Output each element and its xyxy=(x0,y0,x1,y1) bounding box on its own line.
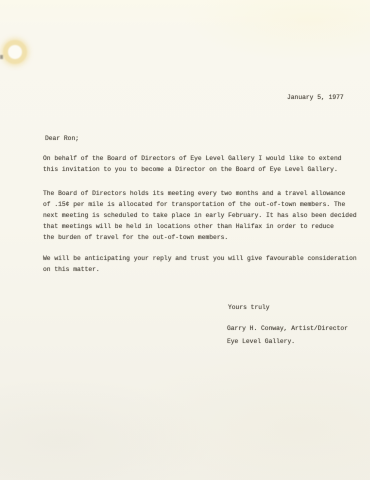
signature-name: Garry H. Conway, Artist/Director xyxy=(227,323,348,334)
paragraph-3-line: We will be anticipating your reply and t… xyxy=(43,253,357,264)
letter-closing: Yours truly xyxy=(228,302,270,313)
paragraph-2-line: of .15¢ per mile is allocated for transp… xyxy=(43,199,345,210)
paragraph-2-line: The Board of Directors holds its meeting… xyxy=(43,188,345,199)
letter-date: January 5, 1977 xyxy=(287,92,344,103)
scanned-letter-page: January 5, 1977 Dear Ron; On behalf of t… xyxy=(0,0,370,480)
letter-text: January 5, 1977 Dear Ron; On behalf of t… xyxy=(0,0,370,480)
paragraph-3-line: on this matter. xyxy=(43,264,100,275)
letter-salutation: Dear Ron; xyxy=(45,133,79,144)
paragraph-2-line: that meetings will be held in locations … xyxy=(43,221,334,232)
paragraph-1-line: this invitation to you to become a Direc… xyxy=(43,164,338,175)
paragraph-2-line: the burden of travel for the out-of-town… xyxy=(43,232,228,243)
paragraph-2-line: next meeting is scheduled to take place … xyxy=(43,210,357,221)
signature-organization: Eye Level Gallery. xyxy=(227,336,295,347)
paragraph-1-line: On behalf of the Board of Directors of E… xyxy=(43,153,342,164)
